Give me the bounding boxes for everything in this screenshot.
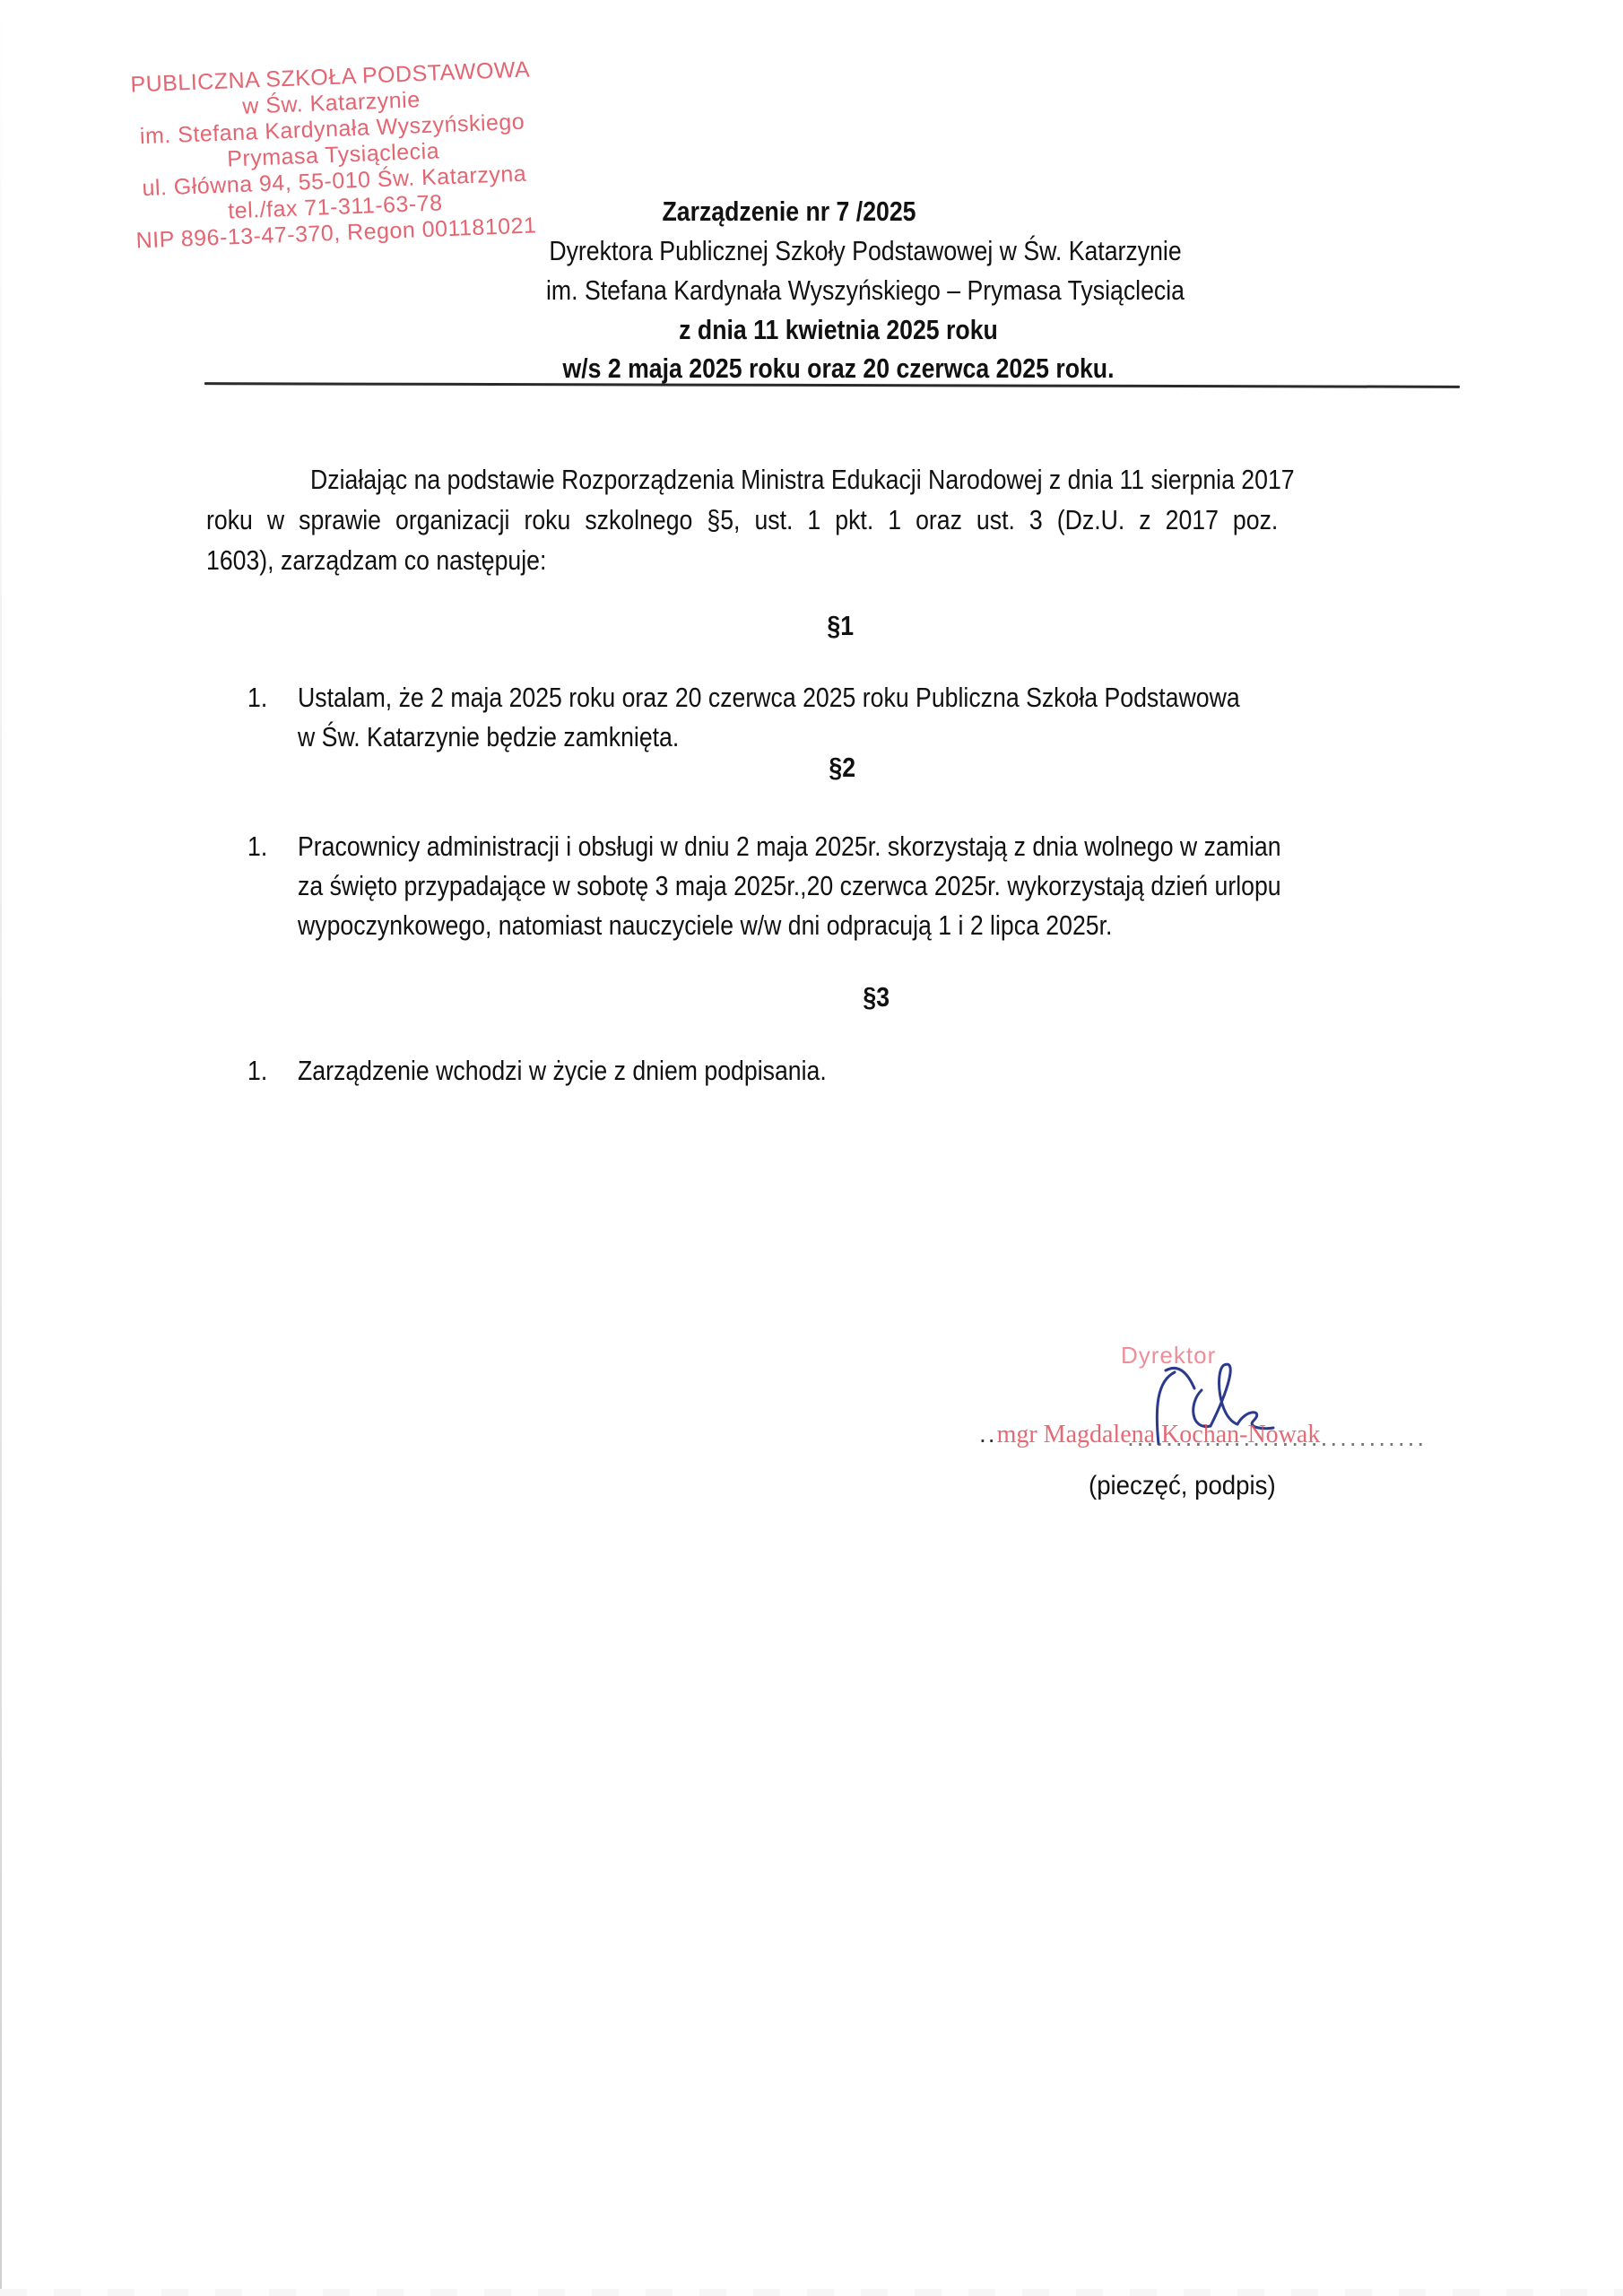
scan-bottom-artifact	[0, 2289, 1623, 2296]
order-number: Zarządzenie nr 7 /2025	[226, 196, 1352, 228]
signature-dots: ...............................	[1127, 1423, 1427, 1452]
document-page: PUBLICZNA SZKOŁA PODSTAWOWA w Św. Katarz…	[0, 0, 1623, 2296]
item-number: 1.	[247, 678, 267, 717]
item-line: wypoczynkowego, natomiast nauczyciele w/…	[298, 906, 1281, 945]
item-line: Ustalam, że 2 maja 2025 roku oraz 20 cze…	[298, 678, 1240, 717]
item-line: Pracownicy administracji i obsługi w dni…	[298, 827, 1281, 866]
signature-leader-dots: ..	[979, 1420, 997, 1448]
signature-line: ..mgr Magdalena Kochan-Nowak ...........…	[979, 1420, 1320, 1449]
section-2-heading: §2	[829, 752, 855, 784]
item-line: Zarządzenie wchodzi w życie z dniem podp…	[298, 1051, 827, 1091]
preamble-line: Działając na podstawie Rozporządzenia Mi…	[310, 459, 1295, 500]
preamble: Działając na podstawie Rozporządzenia Mi…	[206, 459, 1462, 580]
preamble-line: 1603), zarządzam co następuje:	[206, 540, 546, 580]
issuer: Dyrektora Publicznej Szkoły Podstawowej …	[368, 235, 1362, 267]
preamble-line: roku w sprawie organizacji roku szkolneg…	[206, 500, 1278, 540]
section-1-heading: §1	[827, 610, 854, 642]
item-number: 1.	[247, 827, 267, 866]
order-date: z dnia 11 kwietnia 2025 roku	[318, 314, 1359, 346]
section-3-heading: §3	[863, 981, 890, 1013]
item-line: w Św. Katarzynie będzie zamknięta.	[298, 717, 1240, 757]
item-line: za święto przypadające w sobotę 3 maja 2…	[298, 866, 1281, 906]
patron: im. Stefana Kardynała Wyszyńskiego – Pry…	[368, 274, 1362, 307]
item-number: 1.	[247, 1051, 267, 1091]
order-subject: w/s 2 maja 2025 roku oraz 20 czerwca 202…	[318, 352, 1359, 385]
signature-caption: (pieczęć, podpis)	[1089, 1471, 1276, 1501]
scan-edge	[0, 0, 2, 2296]
